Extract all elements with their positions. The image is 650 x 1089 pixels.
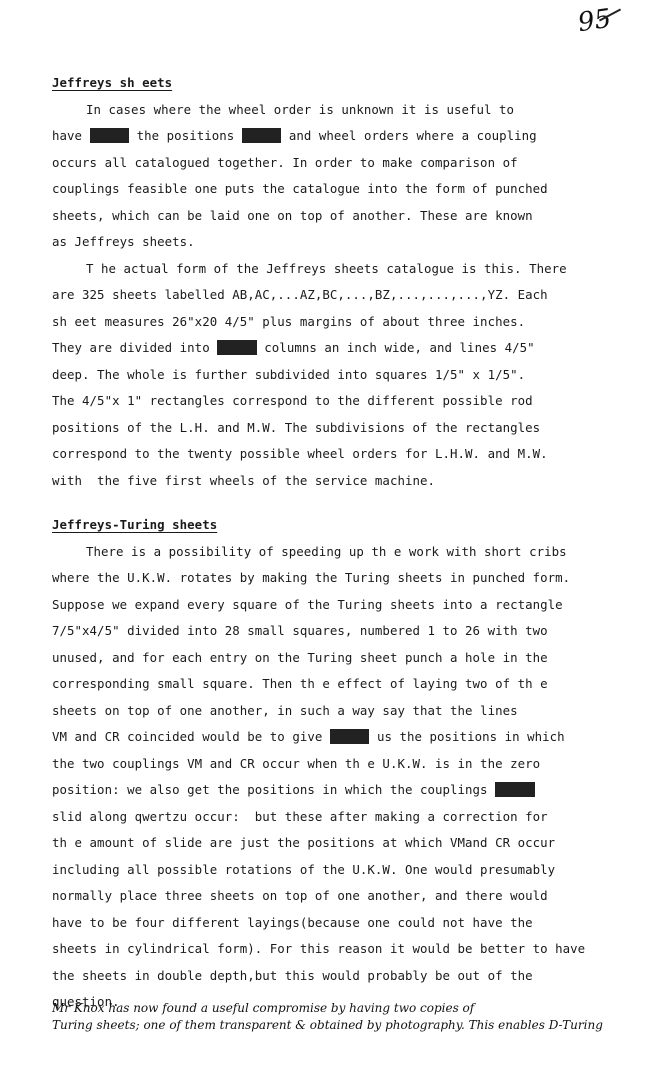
text-line: have to be four different layings(becaus…	[52, 910, 642, 937]
text-line: In cases where the wheel order is unknow…	[52, 97, 642, 124]
text-line: correspond to the twenty possible wheel …	[52, 441, 642, 468]
text-line: The 4/5"x 1" rectangles correspond to th…	[52, 388, 642, 415]
text-line: T he actual form of the Jeffreys sheets …	[52, 256, 642, 283]
struck-out-text: xxxxx	[217, 340, 257, 355]
text-line: deep. The whole is further subdivided in…	[52, 362, 642, 389]
page-number-text: 95	[576, 4, 613, 38]
struck-out-text: xxxxx	[90, 128, 130, 143]
section-heading: Jeffreys-Turing sheets	[52, 512, 642, 539]
handwritten-line: Mr Knox has now found a useful compromis…	[52, 1000, 642, 1017]
text-line: unused, and for each entry on the Turing…	[52, 645, 642, 672]
section-gap	[52, 494, 642, 512]
text-line: sh eet measures 26"x20 4/5" plus margins…	[52, 309, 642, 336]
handwritten-annotation: Mr Knox has now found a useful compromis…	[52, 1000, 642, 1034]
text-line: occurs all catalogued together. In order…	[52, 150, 642, 177]
text-line: 7/5"x4/5" divided into 28 small squares,…	[52, 618, 642, 645]
struck-out-text: xxxxx	[495, 782, 535, 797]
paragraph: There is a possibility of speeding up th…	[52, 539, 642, 1016]
text-line: the two couplings VM and CR occur when t…	[52, 751, 642, 778]
text-line: There is a possibility of speeding up th…	[52, 539, 642, 566]
struck-out-text: xxxxx	[330, 729, 370, 744]
text-line: sheets on top of one another, in such a …	[52, 698, 642, 725]
section-heading: Jeffreys sh eets	[52, 70, 642, 97]
text-line: VM and CR coincided would be to give xxx…	[52, 724, 642, 751]
text-line: have xxxxx the positions xxxxx and wheel…	[52, 123, 642, 150]
text-line: normally place three sheets on top of on…	[52, 883, 642, 910]
struck-out-text: xxxxx	[242, 128, 282, 143]
text-line: with the five first wheels of the servic…	[52, 468, 642, 495]
text-line: Suppose we expand every square of the Tu…	[52, 592, 642, 619]
text-line: They are divided into xxxxx columns an i…	[52, 335, 642, 362]
text-line: couplings feasible one puts the catalogu…	[52, 176, 642, 203]
text-line: position: we also get the positions in w…	[52, 777, 642, 804]
text-line: where the U.K.W. rotates by making the T…	[52, 565, 642, 592]
text-line: positions of the L.H. and M.W. The subdi…	[52, 415, 642, 442]
handwritten-line: Turing sheets; one of them transparent &…	[52, 1017, 642, 1034]
paragraph: In cases where the wheel order is unknow…	[52, 97, 642, 256]
text-line: the sheets in double depth,but this woul…	[52, 963, 642, 990]
text-line: sheets, which can be laid one on top of …	[52, 203, 642, 230]
typed-document-body: Jeffreys sh eetsIn cases where the wheel…	[52, 70, 642, 1016]
text-line: as Jeffreys sheets.	[52, 229, 642, 256]
paragraph: T he actual form of the Jeffreys sheets …	[52, 256, 642, 495]
text-line: corresponding small square. Then th e ef…	[52, 671, 642, 698]
text-line: sheets in cylindrical form). For this re…	[52, 936, 642, 963]
text-line: are 325 sheets labelled AB,AC,...AZ,BC,.…	[52, 282, 642, 309]
text-line: including all possible rotations of the …	[52, 857, 642, 884]
text-line: th e amount of slide are just the positi…	[52, 830, 642, 857]
text-line: slid along qwertzu occur: but these afte…	[52, 804, 642, 831]
